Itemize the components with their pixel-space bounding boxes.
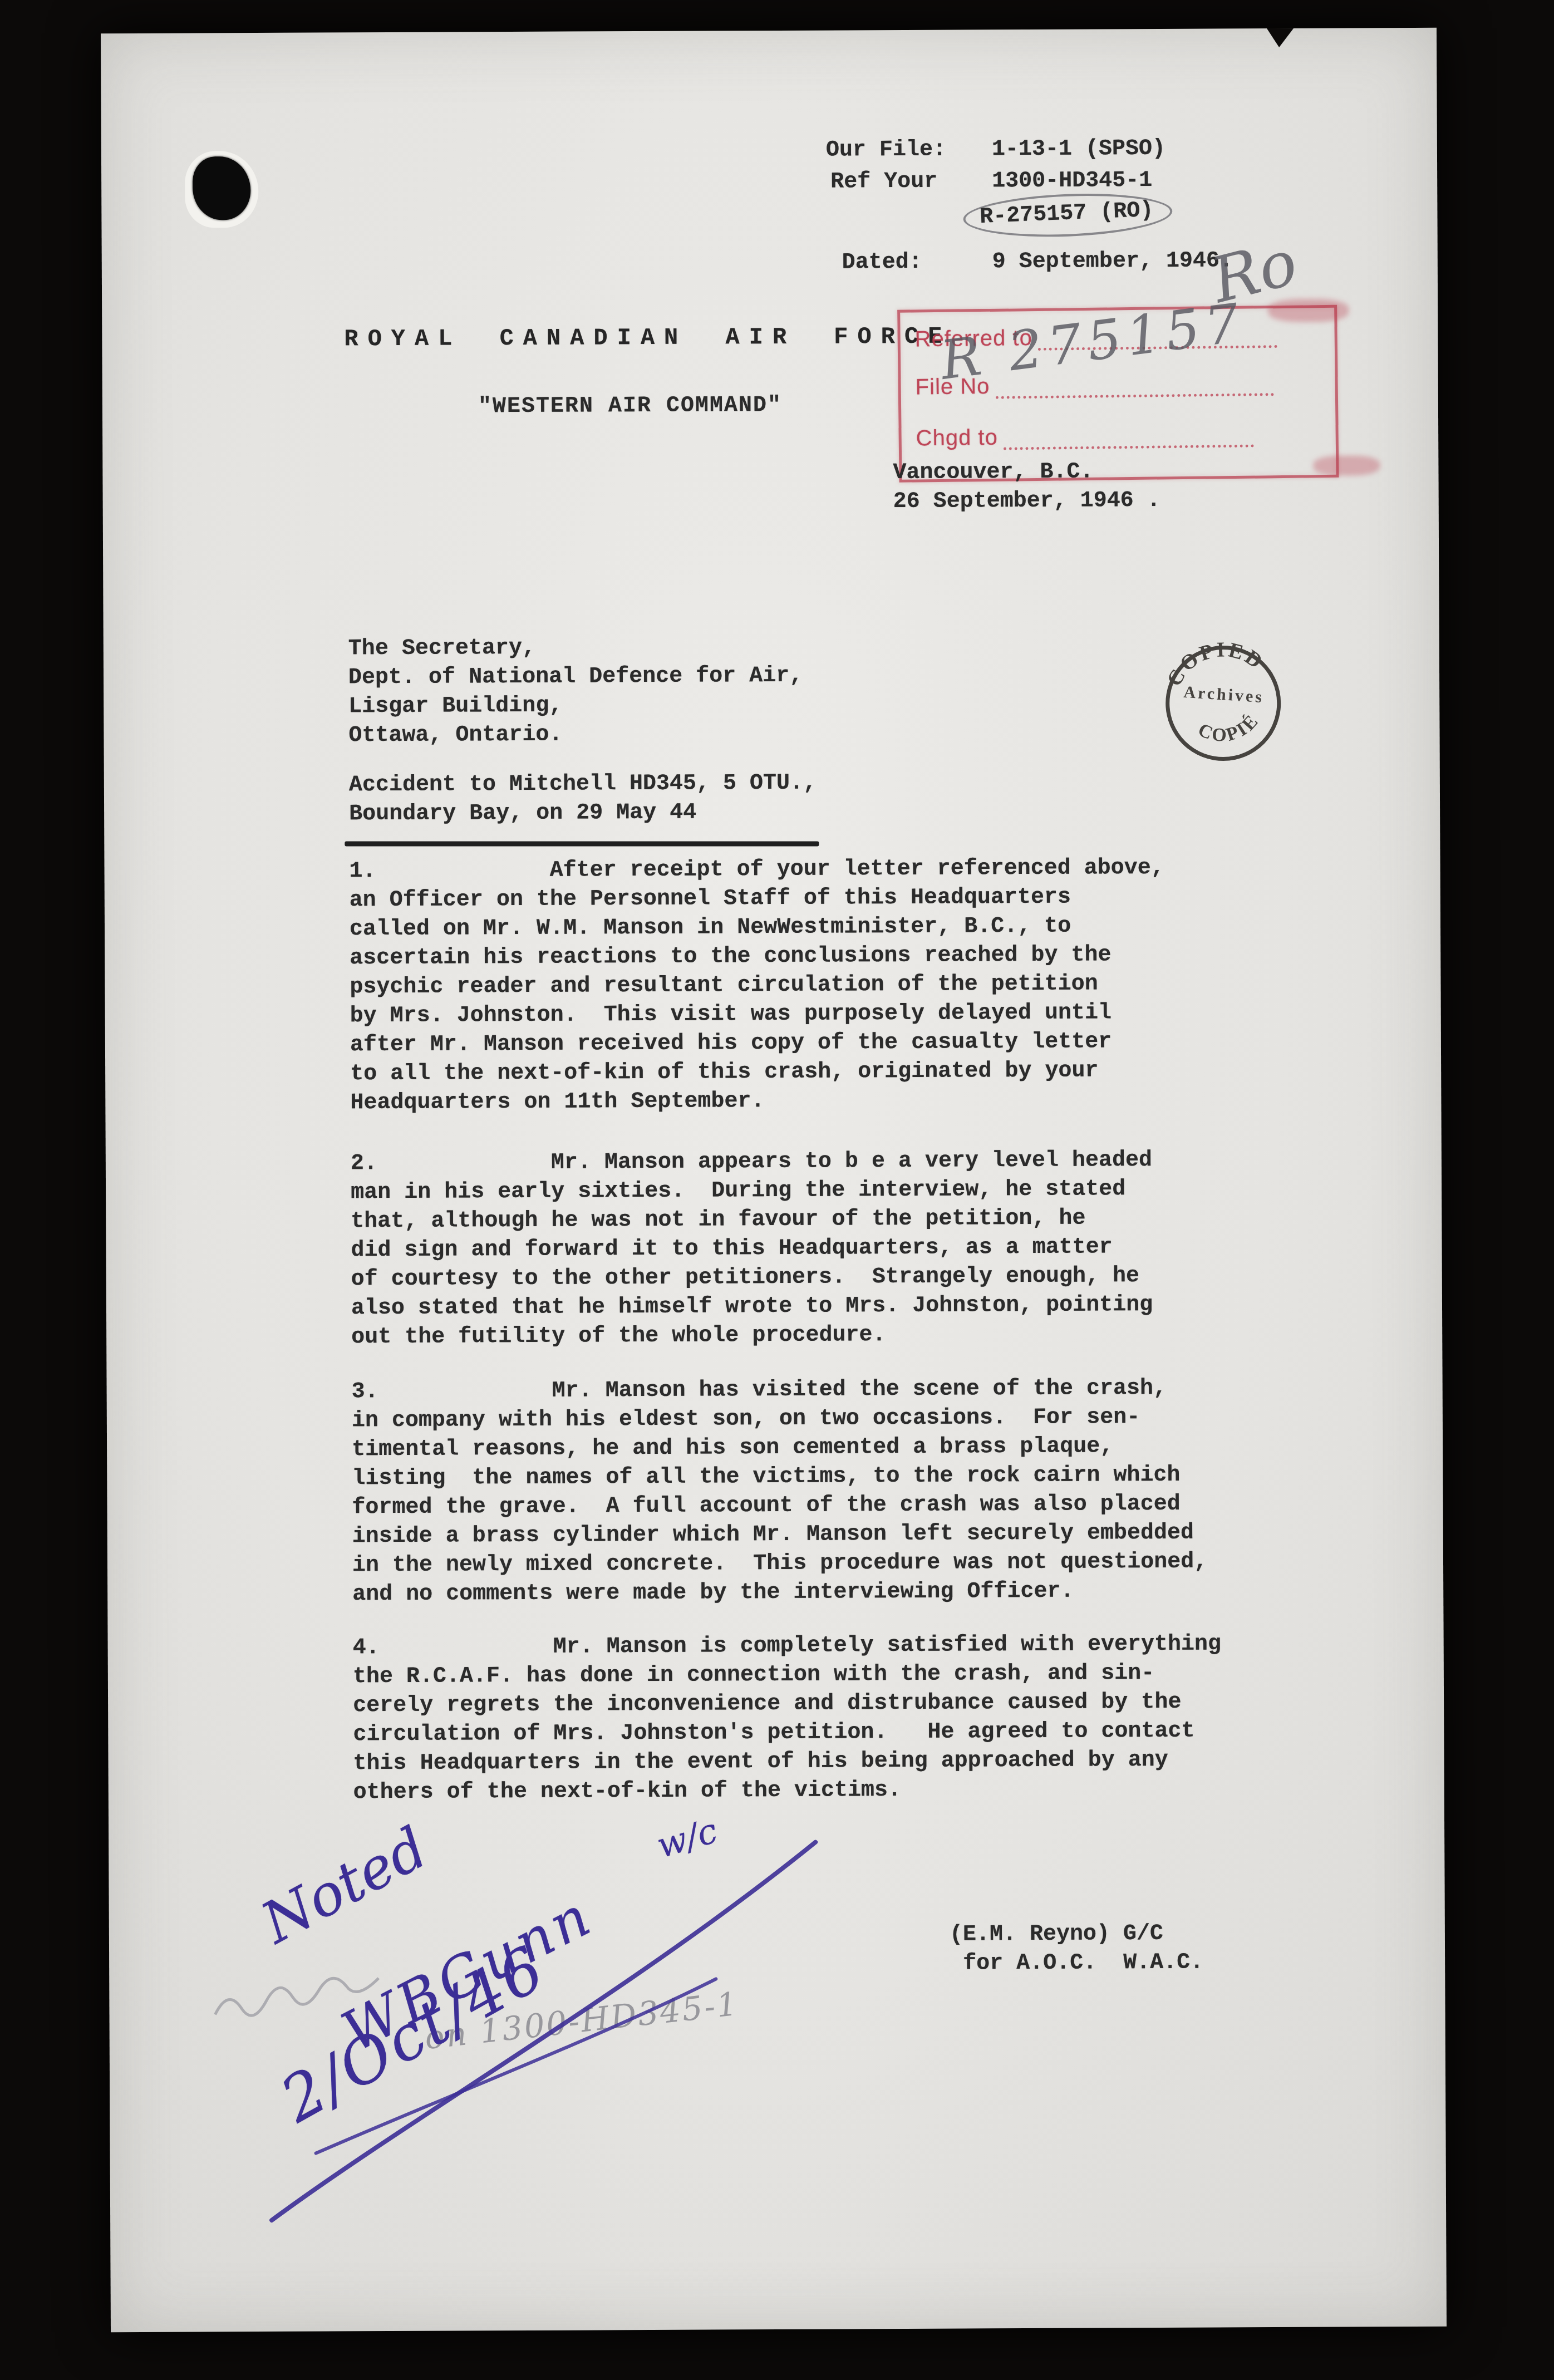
- place-date-block: Vancouver, B.C. 26 September, 1946 .: [893, 458, 1160, 517]
- our-file-value: 1-13-1 (SPSO): [992, 135, 1165, 164]
- body-paragraph-1: 1. After receipt of your letter referenc…: [349, 854, 1165, 1118]
- svg-text:COPIED: COPIED: [1157, 628, 1272, 694]
- stamp-copie-text: COPIÉ: [1192, 707, 1267, 753]
- body-paragraph-4: 4. Mr. Manson is completely satisfied wi…: [353, 1630, 1222, 1808]
- dotted-leader: [1004, 425, 1254, 450]
- dated-label: Dated:: [842, 248, 922, 278]
- signature-block: (E.M. Reyno) G/C for A.O.C. W.A.C.: [950, 1920, 1204, 1979]
- ref-your-label: Ref Your: [830, 168, 937, 197]
- letter-page: Our File: 1-13-1 (SPSO) Ref Your 1300-HD…: [101, 28, 1447, 2332]
- stamp-chgd-row: Chgd to: [916, 422, 1254, 451]
- ink-flourish-strokes: [175, 1789, 929, 2293]
- scanned-letter-photo: { "refs": { "our_file_label": "Our File:…: [0, 0, 1554, 2380]
- stamp-chgd-label: Chgd to: [916, 425, 998, 451]
- dated-value: 9 September, 1946.: [992, 247, 1233, 277]
- subject-line-1: Accident to Mitchell HD345, 5 OTU.,: [349, 769, 817, 800]
- stamp-ink-smear: [1313, 455, 1380, 476]
- stamp-archives-text: Archives: [1183, 683, 1265, 706]
- stamp-copied-text: COPIED: [1157, 628, 1272, 694]
- subject-underline: [345, 841, 819, 846]
- body-paragraph-2: 2. Mr. Manson appears to b e a very leve…: [351, 1146, 1153, 1352]
- body-paragraph-3: 3. Mr. Manson has visited the scene of t…: [352, 1374, 1208, 1610]
- our-file-label: Our File:: [826, 136, 946, 165]
- circled-ref-value: R-275157 (RO): [962, 190, 1173, 240]
- ref-your-value: 1300-HD345-1: [992, 166, 1152, 196]
- circled-ref: R-275157 (RO): [963, 194, 1172, 237]
- recipient-address: The Secretary, Dept. of National Defence…: [348, 633, 803, 751]
- paper-edge-notch: [1267, 28, 1294, 47]
- archives-copied-stamp: COPIED Archives COPIÉ: [1144, 624, 1304, 785]
- command-subtitle: "WESTERN AIR COMMAND": [478, 391, 782, 421]
- subject-line-2: Boundary Bay, on 29 May 44: [349, 799, 696, 829]
- org-title: ROYAL CANADIAN AIR FORCE: [344, 323, 951, 353]
- svg-text:COPIÉ: COPIÉ: [1192, 707, 1267, 753]
